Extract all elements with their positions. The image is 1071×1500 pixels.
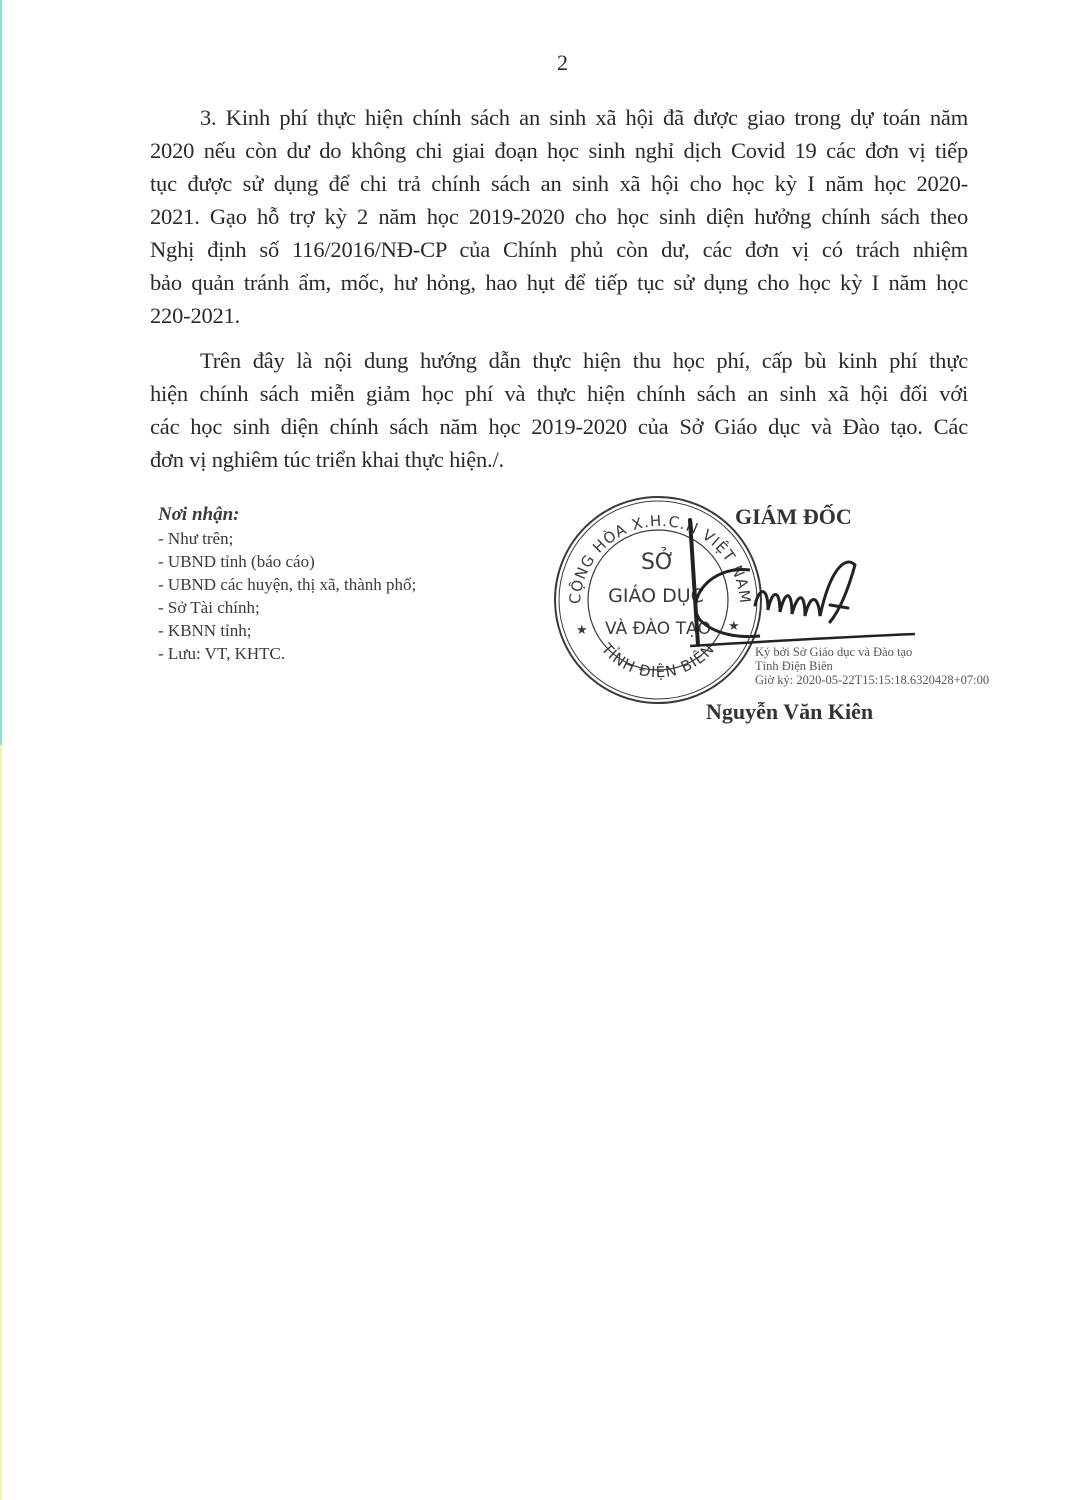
signed-at: Giờ ký: 2020-05-22T15:15:18.6320428+07:0… — [755, 673, 989, 687]
recipient-item: - Như trên; — [158, 527, 416, 550]
recipient-item: - KBNN tỉnh; — [158, 619, 416, 642]
recipient-item: - Sở Tài chính; — [158, 596, 416, 619]
recipient-item: - Lưu: VT, KHTC. — [158, 642, 416, 665]
signed-province: Tỉnh Điện Biên — [755, 659, 989, 673]
text-line: Trên đây là nội dung hướng dẫn thực hiện… — [150, 344, 968, 377]
recipients-title: Nơi nhận: — [158, 503, 416, 526]
text-line: đơn vị nghiêm túc triển khai thực hiện./… — [150, 443, 968, 476]
text-line: 220-2021. — [150, 299, 968, 332]
paragraph-closing: Trên đây là nội dung hướng dẫn thực hiện… — [150, 344, 968, 476]
recipient-item: - UBND tỉnh (báo cáo) — [158, 550, 416, 573]
handwritten-signature-icon — [680, 510, 920, 660]
signed-by: Ký bởi Sở Giáo dục và Đào tạo — [755, 645, 989, 659]
paragraph-3-funding: 3. Kinh phí thực hiện chính sách an sinh… — [150, 101, 968, 332]
text-line: Nghị định số 116/2016/NĐ-CP của Chính ph… — [150, 233, 968, 266]
signer-name: Nguyễn Văn Kiên — [706, 699, 873, 725]
text-line: các học sinh diện chính sách năm học 201… — [150, 410, 968, 443]
digital-signature-info: Ký bởi Sở Giáo dục và Đào tạo Tỉnh Điện … — [755, 645, 989, 687]
recipients-list: Nơi nhận: - Như trên; - UBND tỉnh (báo c… — [158, 503, 416, 665]
scan-edge-cyan — [0, 0, 2, 745]
page-number: 2 — [0, 50, 1071, 76]
recipient-item: - UBND các huyện, thị xã, thành phố; — [158, 573, 416, 596]
text-line: tục được sử dụng để chi trả chính sách a… — [150, 167, 968, 200]
stamp-line: SỞ — [641, 547, 675, 575]
text-line: 2021. Gạo hỗ trợ kỳ 2 năm học 2019-2020 … — [150, 200, 968, 233]
text-line: bảo quản tránh ẩm, mốc, hư hỏng, hao hụt… — [150, 266, 968, 299]
text-line: 3. Kinh phí thực hiện chính sách an sinh… — [150, 101, 968, 134]
text-line: 2020 nếu còn dư do không chi giai đoạn h… — [150, 134, 968, 167]
text-line: hiện chính sách miễn giảm học phí và thự… — [150, 377, 968, 410]
svg-text:★: ★ — [576, 623, 588, 638]
scan-edge-yellow — [0, 745, 2, 1500]
